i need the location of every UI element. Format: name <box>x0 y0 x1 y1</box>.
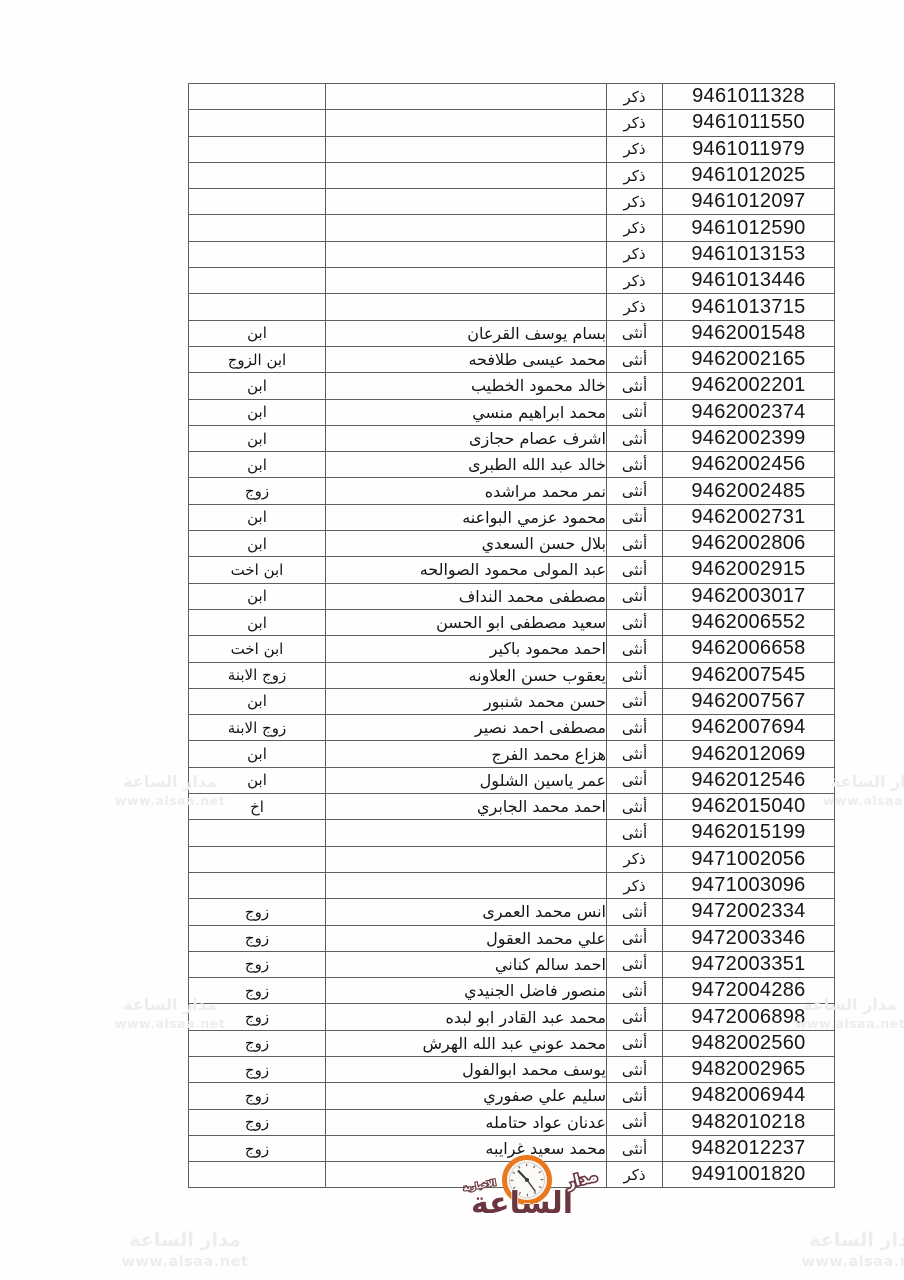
national-id-cell: 9461012097 <box>663 189 835 215</box>
national-id-cell: 9462001548 <box>663 320 835 346</box>
table-row: ابن اشرف عصام حجازى أنثى 9462002399 <box>189 425 835 451</box>
gender-cell: أنثى <box>607 1083 663 1109</box>
national-id-cell: 9462002485 <box>663 478 835 504</box>
relationship-cell: ابن <box>189 320 326 346</box>
name-cell: محمد ابراهيم منسي <box>326 399 607 425</box>
table-row: زوج محمد عوني عبد الله الهرش أنثى 948200… <box>189 1030 835 1056</box>
gender-cell: أنثى <box>607 557 663 583</box>
relationship-cell: زوج <box>189 1135 326 1161</box>
national-id-cell: 9461013153 <box>663 241 835 267</box>
name-cell: سليم علي صفوري <box>326 1083 607 1109</box>
table-row: زوج انس محمد العمرى أنثى 9472002334 <box>189 899 835 925</box>
gender-cell: أنثى <box>607 636 663 662</box>
name-cell: خالد محمود الخطيب <box>326 373 607 399</box>
name-cell: احمد محمود باكير <box>326 636 607 662</box>
gender-cell: أنثى <box>607 1135 663 1161</box>
table-row: ذكر 9471002056 <box>189 846 835 872</box>
relationship-cell: زوج <box>189 951 326 977</box>
national-id-cell: 9462002201 <box>663 373 835 399</box>
national-id-cell: 9461011550 <box>663 110 835 136</box>
gender-cell: أنثى <box>607 820 663 846</box>
table-row: ابن محمود عزمي البواعنه أنثى 9462002731 <box>189 504 835 530</box>
watermark-bottom-right: مدار الساعة www.alsaa.net <box>785 1228 904 1272</box>
gender-cell: ذكر <box>607 1162 663 1188</box>
national-id-cell: 9462002915 <box>663 557 835 583</box>
national-id-cell: 9462007567 <box>663 688 835 714</box>
name-cell <box>326 268 607 294</box>
national-id-cell: 9472004286 <box>663 978 835 1004</box>
table-row: ابن بلال حسن السعدي أنثى 9462002806 <box>189 531 835 557</box>
relationship-cell: ابن اخت <box>189 636 326 662</box>
gender-cell: أنثى <box>607 688 663 714</box>
name-cell: بسام يوسف القرعان <box>326 320 607 346</box>
national-id-cell: 9462002806 <box>663 531 835 557</box>
national-id-cell: 9461013715 <box>663 294 835 320</box>
national-id-cell: 9461013446 <box>663 268 835 294</box>
table-row: ذكر 9461011550 <box>189 110 835 136</box>
name-cell: انس محمد العمرى <box>326 899 607 925</box>
relationship-cell: زوج <box>189 1083 326 1109</box>
national-id-cell: 9462015040 <box>663 794 835 820</box>
gender-cell: ذكر <box>607 110 663 136</box>
national-id-cell: 9461011979 <box>663 136 835 162</box>
name-cell: خالد عبد الله الطبرى <box>326 452 607 478</box>
gender-cell: أنثى <box>607 399 663 425</box>
relationship-cell: زوج الابنة <box>189 715 326 741</box>
table-row: ابن بسام يوسف القرعان أنثى 9462001548 <box>189 320 835 346</box>
gender-cell: ذكر <box>607 294 663 320</box>
table-row: زوج عدنان عواد حتامله أنثى 9482010218 <box>189 1109 835 1135</box>
name-cell: محمود عزمي البواعنه <box>326 504 607 530</box>
relationship-cell <box>189 189 326 215</box>
table-row: زوج يوسف محمد ابوالفول أنثى 9482002965 <box>189 1056 835 1082</box>
relationship-cell: ابن اخت <box>189 557 326 583</box>
national-id-cell: 9462002399 <box>663 425 835 451</box>
name-cell: علي محمد العقول <box>326 925 607 951</box>
table-row: زوج احمد سالم كناني أنثى 9472003351 <box>189 951 835 977</box>
relationship-cell: ابن <box>189 373 326 399</box>
table-row: زوج سليم علي صفوري أنثى 9482006944 <box>189 1083 835 1109</box>
national-id-cell: 9482002965 <box>663 1056 835 1082</box>
national-id-cell: 9462012069 <box>663 741 835 767</box>
gender-cell: أنثى <box>607 531 663 557</box>
national-id-cell: 9461011328 <box>663 84 835 110</box>
name-cell: احمد سالم كناني <box>326 951 607 977</box>
gender-cell: أنثى <box>607 425 663 451</box>
national-id-cell: 9462015199 <box>663 820 835 846</box>
relationship-cell: زوج <box>189 899 326 925</box>
name-cell: بلال حسن السعدي <box>326 531 607 557</box>
table-row: زوج منصور فاضل الجنيدي أنثى 9472004286 <box>189 978 835 1004</box>
table-row: ابن سعيد مصطفى ابو الحسن أنثى 9462006552 <box>189 609 835 635</box>
gender-cell: أنثى <box>607 1109 663 1135</box>
table-row: ابن محمد ابراهيم منسي أنثى 9462002374 <box>189 399 835 425</box>
relationship-cell: ابن <box>189 583 326 609</box>
gender-cell: أنثى <box>607 583 663 609</box>
gender-cell: ذكر <box>607 162 663 188</box>
table-row: ابن اخت عبد المولى محمود الصوالحه أنثى 9… <box>189 557 835 583</box>
national-id-cell: 9462002456 <box>663 452 835 478</box>
watermark-site-name: مدار الساعة <box>785 1228 904 1253</box>
gender-cell: أنثى <box>607 899 663 925</box>
relationship-cell: زوج <box>189 925 326 951</box>
name-cell <box>326 189 607 215</box>
relationship-cell: زوج <box>189 1056 326 1082</box>
gender-cell: أنثى <box>607 478 663 504</box>
relationship-cell: ابن <box>189 609 326 635</box>
gender-cell: أنثى <box>607 373 663 399</box>
national-id-cell: 9461012025 <box>663 162 835 188</box>
name-cell: مصطفى احمد نصير <box>326 715 607 741</box>
logo-top-text: مدار <box>563 1167 599 1192</box>
table-row: ابن عمر ياسين الشلول أنثى 9462012546 <box>189 767 835 793</box>
gender-cell: ذكر <box>607 268 663 294</box>
national-id-cell: 9462007545 <box>663 662 835 688</box>
name-cell: محمد عيسى طلافحه <box>326 346 607 372</box>
gender-cell: ذكر <box>607 872 663 898</box>
name-cell <box>326 872 607 898</box>
gender-cell: أنثى <box>607 452 663 478</box>
national-id-cell: 9462006552 <box>663 609 835 635</box>
name-cell: هزاع محمد الفرج <box>326 741 607 767</box>
gender-cell: أنثى <box>607 1030 663 1056</box>
table-row: زوج نمر محمد مراشده أنثى 9462002485 <box>189 478 835 504</box>
relationship-cell <box>189 1162 326 1188</box>
name-cell: يعقوب حسن العلاونه <box>326 662 607 688</box>
table-row: ذكر 9461012025 <box>189 162 835 188</box>
watermark-site-url: www.alsaa.net <box>785 1253 904 1272</box>
name-cell <box>326 215 607 241</box>
relationship-cell: ابن <box>189 452 326 478</box>
watermark-site-url: www.alsaa.net <box>105 1253 265 1272</box>
national-id-cell: 9482002560 <box>663 1030 835 1056</box>
gender-cell: أنثى <box>607 794 663 820</box>
table-row: ذكر 9471003096 <box>189 872 835 898</box>
table-row: ذكر 9461011979 <box>189 136 835 162</box>
gender-cell: أنثى <box>607 978 663 1004</box>
relationship-cell <box>189 241 326 267</box>
name-cell: محمد عبد القادر ابو لبده <box>326 1004 607 1030</box>
relationship-cell: ابن <box>189 688 326 714</box>
national-id-cell: 9482010218 <box>663 1109 835 1135</box>
relationship-cell: اخ <box>189 794 326 820</box>
relationship-cell <box>189 268 326 294</box>
table-row: زوج الابنة يعقوب حسن العلاونه أنثى 94620… <box>189 662 835 688</box>
gender-cell: أنثى <box>607 715 663 741</box>
name-cell: سعيد مصطفى ابو الحسن <box>326 609 607 635</box>
relationship-cell: زوج <box>189 1030 326 1056</box>
relationship-cell: زوج <box>189 1004 326 1030</box>
national-id-cell: 9472003346 <box>663 925 835 951</box>
table-row: ابن هزاع محمد الفرج أنثى 9462012069 <box>189 741 835 767</box>
relationship-cell <box>189 820 326 846</box>
table-row: زوج محمد عبد القادر ابو لبده أنثى 947200… <box>189 1004 835 1030</box>
table-row: زوج علي محمد العقول أنثى 9472003346 <box>189 925 835 951</box>
national-id-cell: 9461012590 <box>663 215 835 241</box>
gender-cell: أنثى <box>607 767 663 793</box>
national-id-cell: 9482006944 <box>663 1083 835 1109</box>
name-cell: عبد المولى محمود الصوالحه <box>326 557 607 583</box>
table-row: ذكر 9461013153 <box>189 241 835 267</box>
gender-cell: ذكر <box>607 215 663 241</box>
national-id-cell: 9462006658 <box>663 636 835 662</box>
table-row: ابن الزوج محمد عيسى طلافحه أنثى 94620021… <box>189 346 835 372</box>
name-cell: اشرف عصام حجازى <box>326 425 607 451</box>
national-id-cell: 9472002334 <box>663 899 835 925</box>
name-cell: محمد عوني عبد الله الهرش <box>326 1030 607 1056</box>
relationship-cell <box>189 872 326 898</box>
national-id-cell: 9462002374 <box>663 399 835 425</box>
relationship-cell: زوج <box>189 978 326 1004</box>
gender-cell: أنثى <box>607 925 663 951</box>
gender-cell: أنثى <box>607 662 663 688</box>
records-table: ذكر 9461011328 ذكر 9461011550 ذكر 946101… <box>188 83 835 1188</box>
gender-cell: ذكر <box>607 189 663 215</box>
relationship-cell: ابن <box>189 767 326 793</box>
name-cell <box>326 136 607 162</box>
name-cell <box>326 294 607 320</box>
gender-cell: ذكر <box>607 136 663 162</box>
gender-cell: ذكر <box>607 84 663 110</box>
relationship-cell <box>189 84 326 110</box>
relationship-cell: ابن <box>189 504 326 530</box>
gender-cell: أنثى <box>607 609 663 635</box>
gender-cell: أنثى <box>607 320 663 346</box>
national-id-cell: 9462002165 <box>663 346 835 372</box>
relationship-cell <box>189 294 326 320</box>
national-id-cell: 9471003096 <box>663 872 835 898</box>
table-row: ابن اخت احمد محمود باكير أنثى 9462006658 <box>189 636 835 662</box>
relationship-cell <box>189 162 326 188</box>
name-cell: نمر محمد مراشده <box>326 478 607 504</box>
table-row: ذكر 9461012590 <box>189 215 835 241</box>
national-id-cell: 9462003017 <box>663 583 835 609</box>
table-row: ابن مصطفى محمد النداف أنثى 9462003017 <box>189 583 835 609</box>
family-members-table: ذكر 9461011328 ذكر 9461011550 ذكر 946101… <box>188 83 835 1188</box>
name-cell: احمد محمد الجابري <box>326 794 607 820</box>
name-cell: منصور فاضل الجنيدي <box>326 978 607 1004</box>
name-cell: حسن محمد شنبور <box>326 688 607 714</box>
name-cell: مصطفى محمد النداف <box>326 583 607 609</box>
watermark-bottom-left: مدار الساعة www.alsaa.net <box>105 1228 265 1272</box>
relationship-cell: زوج الابنة <box>189 662 326 688</box>
table-row: اخ احمد محمد الجابري أنثى 9462015040 <box>189 794 835 820</box>
relationship-cell <box>189 846 326 872</box>
relationship-cell <box>189 110 326 136</box>
relationship-cell: ابن <box>189 425 326 451</box>
name-cell <box>326 162 607 188</box>
name-cell <box>326 846 607 872</box>
relationship-cell: ابن <box>189 399 326 425</box>
table-row: أنثى 9462015199 <box>189 820 835 846</box>
table-row: ذكر 9461013446 <box>189 268 835 294</box>
national-id-cell: 9471002056 <box>663 846 835 872</box>
name-cell <box>326 820 607 846</box>
table-row: ابن حسن محمد شنبور أنثى 9462007567 <box>189 688 835 714</box>
relationship-cell: ابن الزوج <box>189 346 326 372</box>
watermark-site-name: مدار الساعة <box>105 1228 265 1253</box>
name-cell <box>326 84 607 110</box>
national-id-cell: 9482012237 <box>663 1135 835 1161</box>
gender-cell: أنثى <box>607 1056 663 1082</box>
site-logo: الساعة مدار الاخبارية <box>452 1154 607 1224</box>
relationship-cell: ابن <box>189 531 326 557</box>
gender-cell: أنثى <box>607 1004 663 1030</box>
name-cell: عدنان عواد حتامله <box>326 1109 607 1135</box>
relationship-cell <box>189 215 326 241</box>
name-cell <box>326 241 607 267</box>
national-id-cell: 9491001820 <box>663 1162 835 1188</box>
gender-cell: أنثى <box>607 741 663 767</box>
name-cell: يوسف محمد ابوالفول <box>326 1056 607 1082</box>
gender-cell: أنثى <box>607 346 663 372</box>
national-id-cell: 9462007694 <box>663 715 835 741</box>
relationship-cell: زوج <box>189 1109 326 1135</box>
table-row: زوج الابنة مصطفى احمد نصير أنثى 94620076… <box>189 715 835 741</box>
national-id-cell: 9472006898 <box>663 1004 835 1030</box>
relationship-cell <box>189 136 326 162</box>
gender-cell: أنثى <box>607 504 663 530</box>
name-cell: عمر ياسين الشلول <box>326 767 607 793</box>
table-row: ذكر 9461012097 <box>189 189 835 215</box>
gender-cell: ذكر <box>607 241 663 267</box>
national-id-cell: 9472003351 <box>663 951 835 977</box>
logo-main-text: الساعة <box>471 1186 573 1221</box>
name-cell <box>326 110 607 136</box>
table-row: ابن خالد محمود الخطيب أنثى 9462002201 <box>189 373 835 399</box>
table-row: ذكر 9461013715 <box>189 294 835 320</box>
relationship-cell: ابن <box>189 741 326 767</box>
table-row: ابن خالد عبد الله الطبرى أنثى 9462002456 <box>189 452 835 478</box>
table-row: ذكر 9461011328 <box>189 84 835 110</box>
gender-cell: ذكر <box>607 846 663 872</box>
national-id-cell: 9462002731 <box>663 504 835 530</box>
national-id-cell: 9462012546 <box>663 767 835 793</box>
relationship-cell: زوج <box>189 478 326 504</box>
gender-cell: أنثى <box>607 951 663 977</box>
